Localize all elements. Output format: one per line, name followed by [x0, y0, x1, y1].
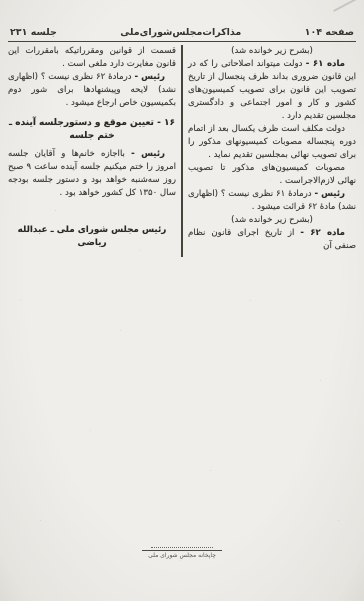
footer-rule	[142, 550, 222, 551]
chair-remark: رئیس - درمادهٔ ۶۱ نظری نیست ؟ (اظهاری نش…	[188, 188, 356, 214]
column-right: (بشرح زیر خوانده شد) ماده ۶۱ - دولت میتو…	[188, 45, 356, 257]
session-number-label: جلسه ۲۳۱	[10, 27, 57, 38]
page-number-label: صفحه ۱۰۴	[305, 27, 354, 38]
page-header: صفحه ۱۰۴ مذاکرات‌مجلس‌شورای‌ملی جلسه ۲۳۱	[10, 27, 354, 38]
two-column-body: (بشرح زیر خوانده شد) ماده ۶۱ - دولت میتو…	[8, 45, 356, 257]
chair-remark: رئیس - درمادهٔ ۶۲ نظری نیست ؟ (اظهاری نش…	[8, 71, 176, 110]
article-61-label: ماده ۶۱ -	[306, 59, 345, 69]
signature-line: رئیس مجلس شورای ملی ـ عبدالله ریاضی	[8, 224, 176, 250]
article-61-paragraph-2: دولت مکلف است ظرف یکسال بعد از اتمام دور…	[188, 123, 356, 162]
page-footer: چاپخانه مجلس شورای ملی	[0, 547, 364, 559]
header-rule	[8, 41, 356, 42]
pencil-mark-artifact	[333, 0, 357, 12]
journal-title: مذاکرات‌مجلس‌شورای‌ملی	[120, 27, 241, 38]
column-left: قسمت از قوانین ومقرراتیکه بامقررات این ق…	[8, 45, 176, 257]
stage-direction: (بشرح زیر خوانده شد)	[188, 214, 356, 227]
article-61-paragraph-3: مصوبات کمیسیون‌های مذکور تا تصویب نهائی …	[188, 162, 356, 188]
printing-house-imprint: چاپخانه مجلس شورای ملی	[0, 552, 364, 559]
article-62-label: ماده ۶۲ -	[300, 228, 345, 238]
article-61-paragraph: ماده ۶۱ - دولت میتواند اصلاحاتی را که در…	[188, 58, 356, 123]
chair-label: رئیس -	[134, 72, 165, 82]
column-divider	[181, 45, 183, 257]
agenda-heading: ۱۶ - تعیین موقع و دستورجلسه آینده ـ ختم …	[8, 117, 176, 143]
article-62-continuation: قسمت از قوانین ومقرراتیکه بامقررات این ق…	[8, 45, 176, 71]
article-62-paragraph: ماده ۶۲ - از تاریخ اجرای قانون نظام صنفی…	[188, 227, 356, 253]
scanned-document-page: صفحه ۱۰۴ مذاکرات‌مجلس‌شورای‌ملی جلسه ۲۳۱…	[0, 0, 364, 601]
chair-label: رئیس -	[314, 189, 345, 199]
stage-direction: (بشرح زیر خوانده شد)	[188, 45, 356, 58]
scan-noise	[0, 0, 1, 1]
chair-closing-remark: رئیس - بااجازه خانم‌ها و آقایان جلسه امر…	[8, 148, 176, 200]
footer-dotted-rule	[151, 547, 213, 548]
chair-label: رئیس -	[131, 149, 165, 159]
